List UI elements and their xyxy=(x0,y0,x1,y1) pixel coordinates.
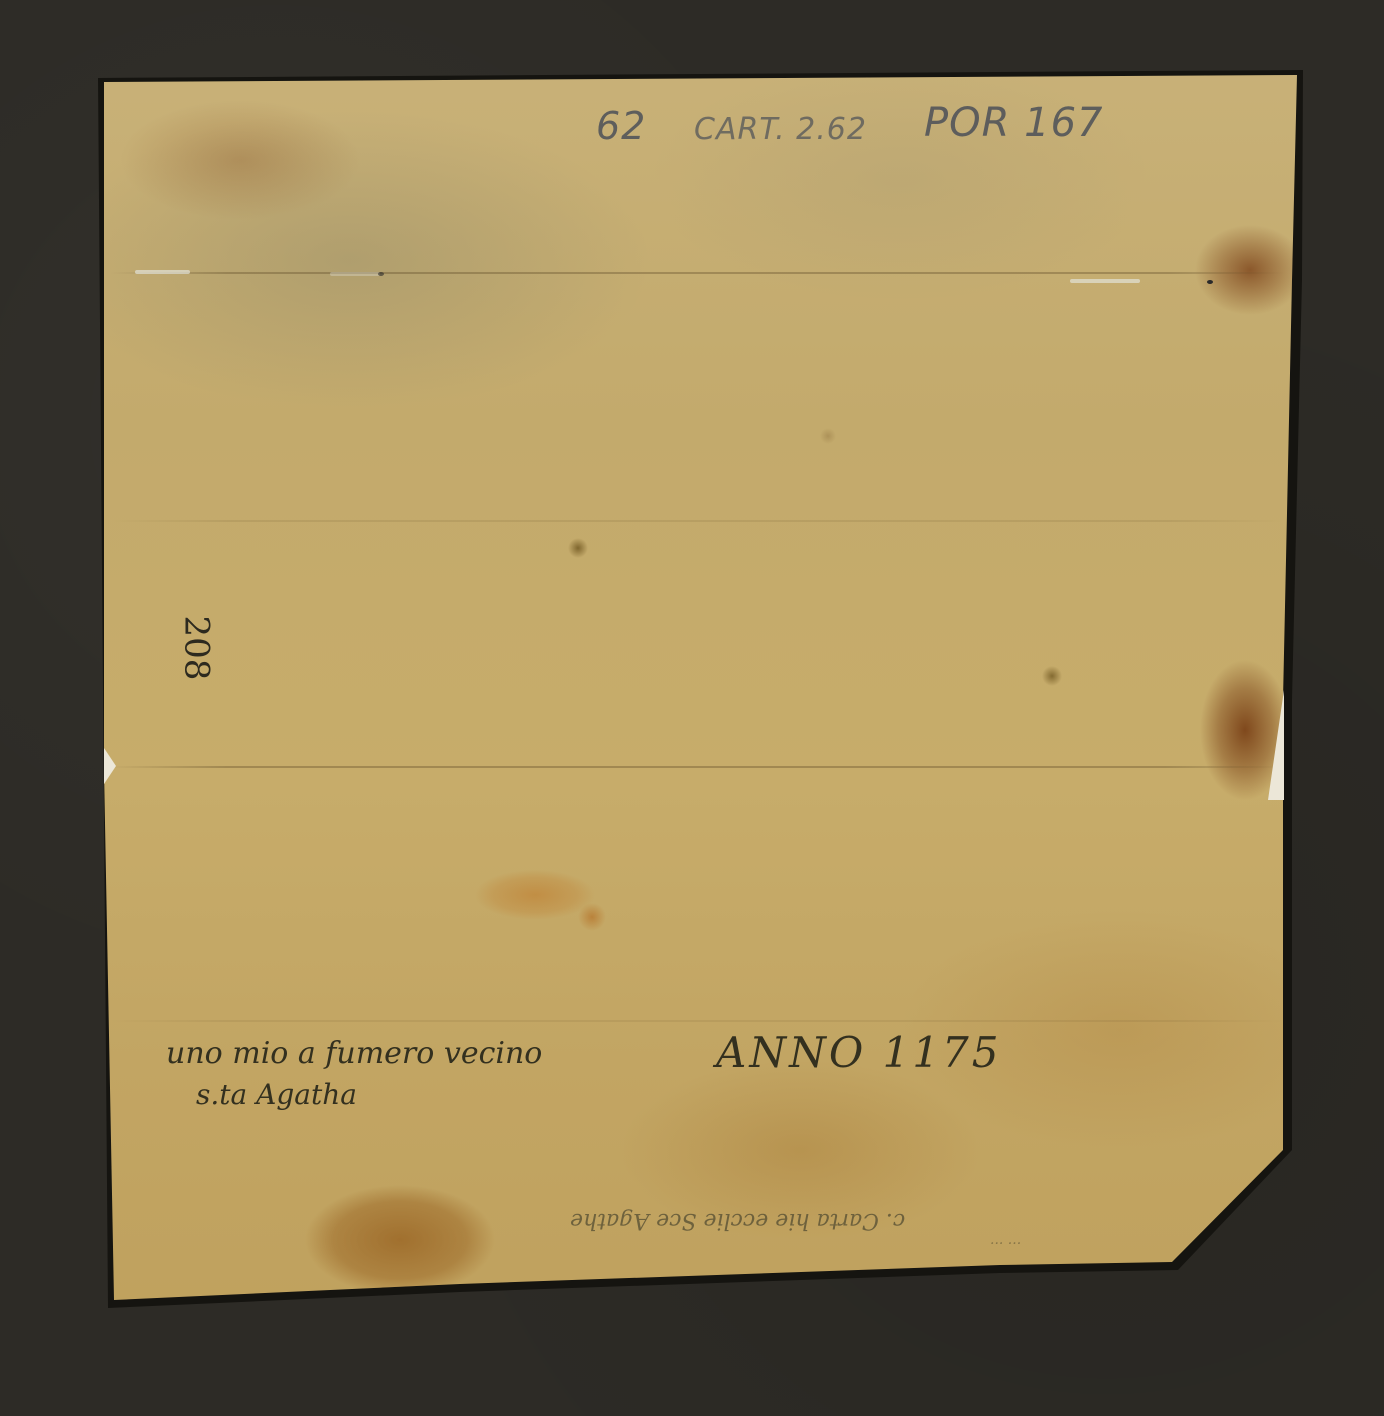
upper-fold-highlight-right xyxy=(1070,279,1140,283)
upper-fold-highlight-left xyxy=(135,270,190,274)
parchment-sheet xyxy=(0,0,1384,1416)
archive-shelfmark: CART. 2.62 xyxy=(694,112,867,147)
year-annotation: ANNO 1175 xyxy=(716,1028,1002,1077)
pinhole xyxy=(1207,280,1213,284)
middle-fold-line xyxy=(110,520,1285,522)
bottom-right-faded-note: ... ... xyxy=(990,1232,1021,1248)
upper-fold-line xyxy=(110,272,1285,274)
dorsal-note-line1: uno mio a fumero vecino xyxy=(166,1036,542,1071)
dorsal-note-line2: s.ta Agatha xyxy=(196,1078,357,1111)
lower-faint-fold xyxy=(110,1020,1285,1022)
pinhole xyxy=(378,272,384,276)
inverted-dorsal-endorsement: c. Carta hie ecclie Sce Agathe xyxy=(570,1208,905,1233)
archive-por-number: POR 167 xyxy=(924,100,1103,146)
archive-number-62: 62 xyxy=(596,104,646,148)
lower-fold-line xyxy=(108,766,1283,768)
side-number-208: 208 xyxy=(176,616,216,681)
upper-fold-highlight-mid xyxy=(330,272,380,276)
